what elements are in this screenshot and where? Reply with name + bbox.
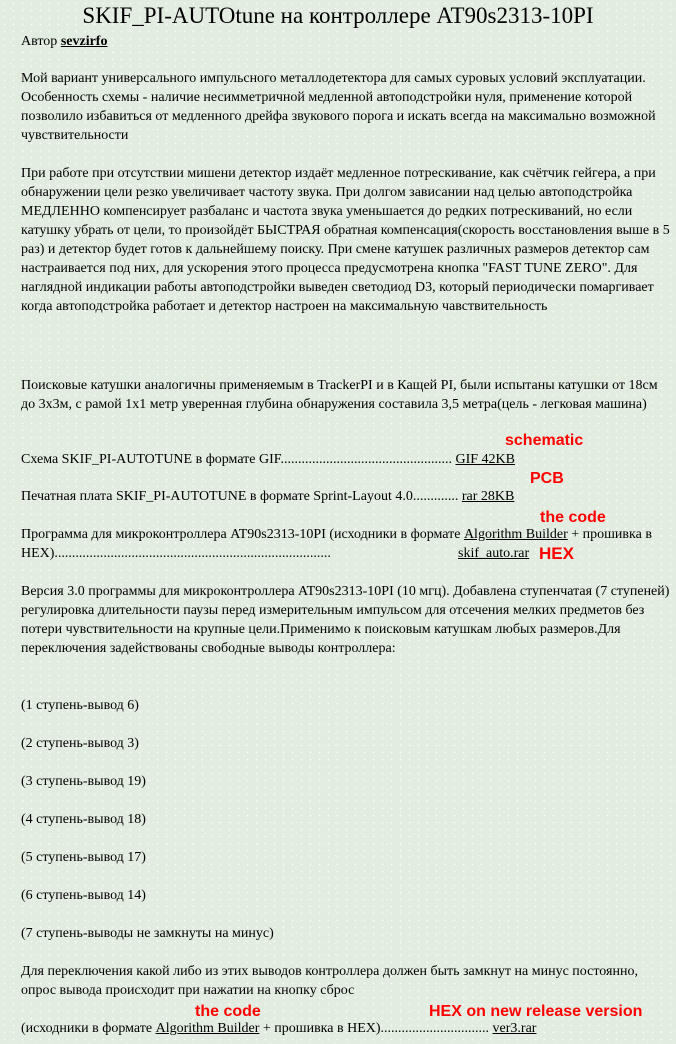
author-label: Автор [21,34,57,49]
author-link[interactable]: sevzirfo [61,34,108,49]
pcb-description: Печатная плата SKIF_PI-AUTOTUNE в формат… [21,489,458,504]
firmware-description: Программа для микроконтроллера AT90s2313… [21,527,464,542]
author-line: Автор sevzirfo [21,32,671,51]
ver3-rar-link[interactable]: ver3.rar [493,1021,537,1036]
skif-auto-rar-link[interactable]: skif_auto.rar [456,544,529,563]
ver3-description-cont: + прошивка в HEX).......................… [259,1021,489,1036]
pcb-download-row: Печатная плата SKIF_PI-AUTOTUNE в формат… [21,487,671,506]
algorithm-builder-link[interactable]: Algorithm Builder [464,527,568,542]
coils-paragraph: Поисковые катушки аналогичны применяемым… [21,376,671,414]
step-item: (4 ступень-вывод 18) [21,810,146,829]
ver3-download-row: (исходники в формате Algorithm Builder +… [21,1019,671,1038]
page-title: SKIF_PI-AUTOtune на контроллере AT90s231… [0,2,676,30]
step-item: (7 ступень-выводы не замкнуты на минус) [21,924,274,943]
schematic-annotation: schematic [505,432,583,450]
step-item: (5 ступень-вывод 17) [21,848,146,867]
operation-paragraph: При работе при отсутствии мишени детекто… [21,164,671,316]
step-item: (1 ступень-вывод 6) [21,696,139,715]
step-item: (2 ступень-вывод 3) [21,734,139,753]
schematic-download-row: Схема SKIF_PI-AUTOTUNE в формате GIF....… [21,450,671,469]
pcb-annotation: PCB [530,470,564,488]
schematic-description: Схема SKIF_PI-AUTOTUNE в формате GIF....… [21,452,452,467]
version3-paragraph: Версия 3.0 программы для микроконтроллер… [21,582,671,658]
ver3-description: (исходники в формате [21,1021,156,1036]
firmware-hex-annotation: HEX [539,545,574,563]
pcb-rar-link[interactable]: rar 28KB [462,489,515,504]
intro-paragraph: Мой вариант универсального импульсного м… [21,69,671,145]
step-item: (6 ступень-вывод 14) [21,886,146,905]
switching-paragraph: Для переключения какой либо из этих выво… [21,962,671,1000]
schematic-gif-link[interactable]: GIF 42KB [455,452,515,467]
step-item: (3 ступень-вывод 19) [21,772,146,791]
ver3-algorithm-builder-link[interactable]: Algorithm Builder [156,1021,260,1036]
